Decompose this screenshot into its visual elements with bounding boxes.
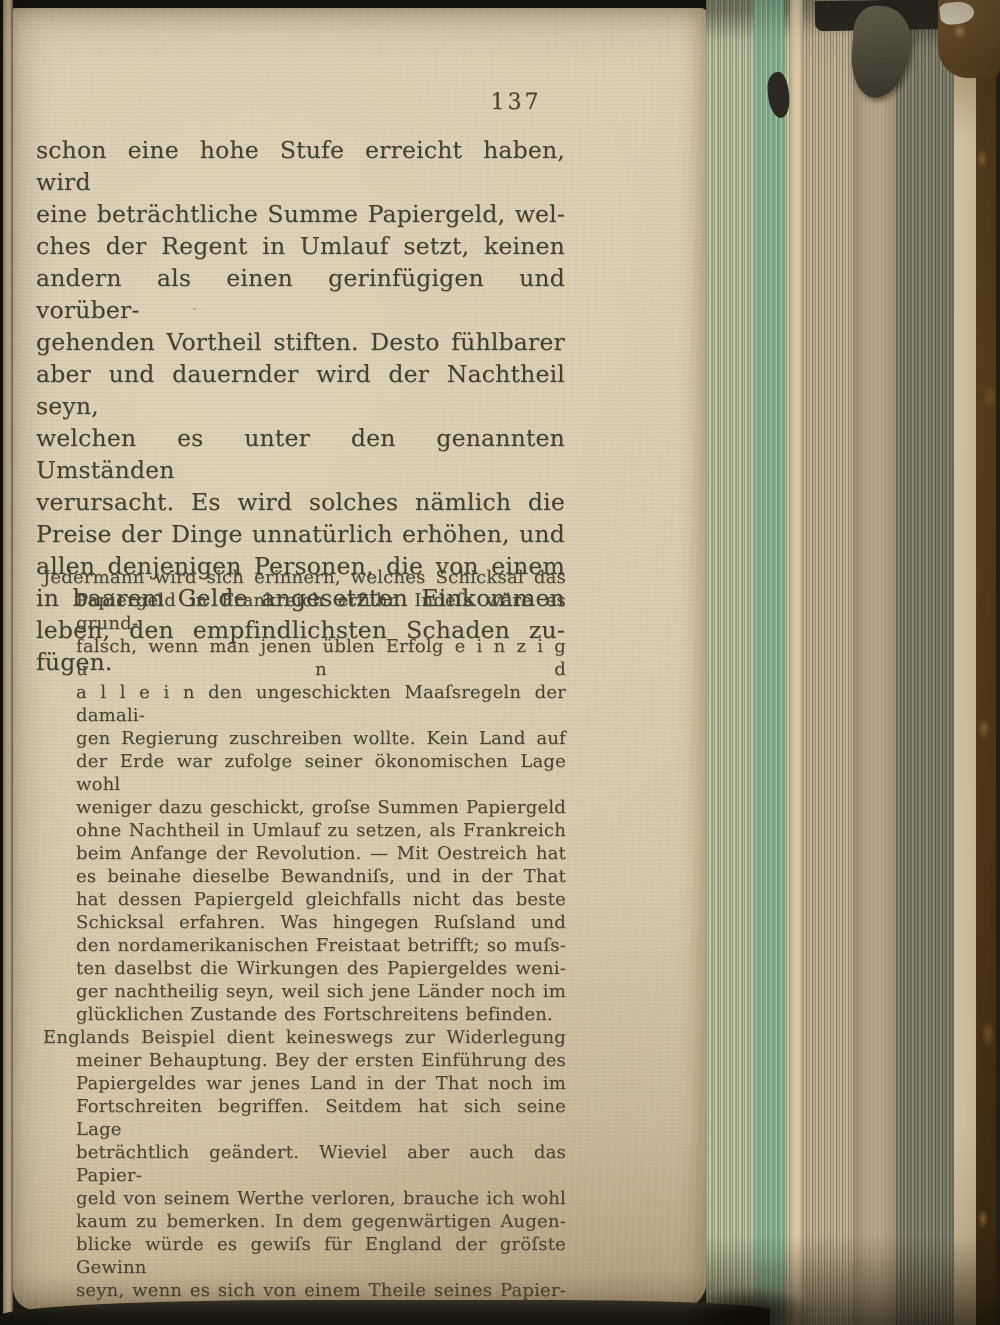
text-line: der Erde war zufolge seiner ökonomischen… bbox=[43, 750, 566, 796]
text-line: andern als einen gerinfügigen und vorübe… bbox=[36, 262, 565, 326]
scan-border-right bbox=[996, 0, 1000, 1325]
text-line: geld von seinem Werthe verloren, brauche… bbox=[43, 1187, 566, 1210]
text-line: verursacht. Es wird solches nämlich die bbox=[36, 486, 565, 518]
text-line: gen Regierung zuschreiben wollte. Kein L… bbox=[43, 727, 566, 750]
fore-edge-green-accent bbox=[754, 0, 784, 1325]
text-line: falsch, wenn man jenen üblen Erfolg e i … bbox=[43, 635, 566, 681]
text-line: glücklichen Zustande des Fortschreitens … bbox=[43, 1003, 566, 1026]
text-line: Fortschreiten begriffen. Seitdem hat sic… bbox=[43, 1095, 566, 1141]
book-page: 137 schon eine hohe Stufe erreicht haben… bbox=[13, 8, 707, 1310]
text-line: ger nachtheilig seyn, weil sich jene Län… bbox=[43, 980, 566, 1003]
text-line: beträchtlich geändert. Wieviel aber auch… bbox=[43, 1141, 566, 1187]
text-line: Preise der Dinge unnatürlich erhöhen, un… bbox=[36, 518, 565, 550]
text-line: Papiergeldes war jenes Land in der That … bbox=[43, 1072, 566, 1095]
fore-edge-tan-band bbox=[803, 0, 853, 1325]
text-line: welchen es unter den genannten Umständen bbox=[36, 422, 565, 486]
text-line: aber und dauernder wird der Nachtheil se… bbox=[36, 358, 565, 422]
text-line: es beinahe dieselbe Bewandniſs, und in d… bbox=[43, 865, 566, 888]
scan-border-bottom bbox=[0, 1300, 770, 1325]
text-line: Englands Beispiel dient keineswegs zur W… bbox=[43, 1026, 566, 1049]
text-line: ches der Regent in Umlauf setzt, keinen bbox=[36, 230, 565, 262]
bottom-corner-shadow bbox=[688, 1272, 838, 1325]
previous-page-edge bbox=[3, 0, 13, 1325]
text-line: ten daselbst die Wirkungen des Papiergel… bbox=[43, 957, 566, 980]
text-line: kaum zu bemerken. In dem gegenwärtigen A… bbox=[43, 1210, 566, 1233]
fore-edge-cream-strip bbox=[954, 0, 976, 1325]
footnote-1: Jedermann wird sich erinnern, welches Sc… bbox=[43, 566, 566, 1026]
text-line: weniger dazu geschickt, groſse Summen Pa… bbox=[43, 796, 566, 819]
fore-edge-dark-band bbox=[896, 0, 954, 1325]
text-line: blicke würde es gewiſs für England der g… bbox=[43, 1233, 566, 1279]
text-line: beim Anfange der Revolution. — Mit Oestr… bbox=[43, 842, 566, 865]
text-line: Papiergeld in Frankreich erfuhr. Indeſs … bbox=[43, 589, 566, 635]
text-line: hat dessen Papiergeld gleichfalls nicht … bbox=[43, 888, 566, 911]
footnotes-block: Jedermann wird sich erinnern, welches Sc… bbox=[43, 566, 566, 1325]
book-fore-edge bbox=[706, 0, 1000, 1325]
text-line: seyn, wenn es sich von einem Theile sein… bbox=[43, 1279, 566, 1302]
text-line: ohne Nachtheil in Umlauf zu setzen, als … bbox=[43, 819, 566, 842]
text-line: Jedermann wird sich erinnern, welches Sc… bbox=[43, 566, 566, 589]
text-line: schon eine hohe Stufe erreicht haben, wi… bbox=[36, 134, 565, 198]
text-line: eine beträchtliche Summe Papiergeld, wel… bbox=[36, 198, 565, 230]
text-line: den nordamerikanischen Freistaat betriff… bbox=[43, 934, 566, 957]
fore-edge-cream-ridge bbox=[790, 0, 803, 1325]
text-line: meiner Behauptung. Bey der ersten Einfüh… bbox=[43, 1049, 566, 1072]
page-number: 137 bbox=[471, 90, 561, 115]
text-line: a l l e i n den ungeschickten Maaſsregel… bbox=[43, 681, 566, 727]
fore-edge-smooth-band bbox=[853, 0, 896, 1325]
text-line: Schicksal erfahren. Was hingegen Ruſslan… bbox=[43, 911, 566, 934]
scanned-book-page-viewer: 137 schon eine hohe Stufe erreicht haben… bbox=[0, 0, 1000, 1325]
footnote-2: Englands Beispiel dient keineswegs zur W… bbox=[43, 1026, 566, 1325]
text-line: gehenden Vortheil stiften. Desto fühlbar… bbox=[36, 326, 565, 358]
cover-marble-edge bbox=[976, 0, 996, 1325]
